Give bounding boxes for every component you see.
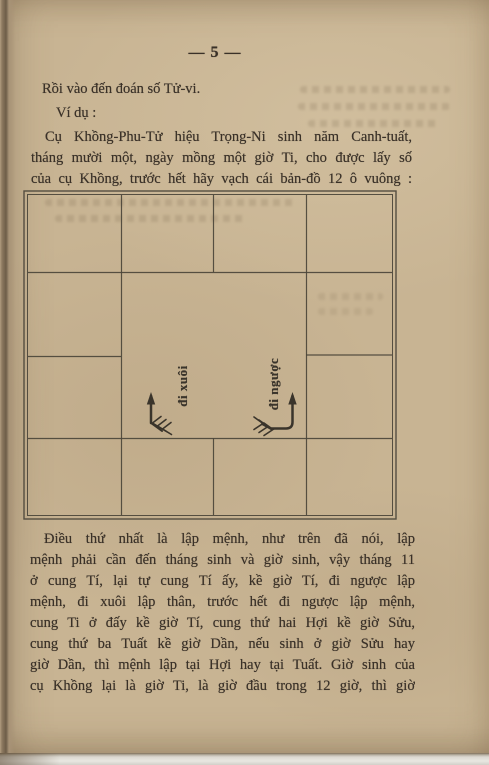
body-paragraph: Điều thứ nhất là lập mệnh, như trên đã n… bbox=[30, 529, 415, 697]
text-line: cung thứ ba Tuất kề giờ Dần, nếu sinh ở … bbox=[30, 634, 415, 655]
tuvi-12-cell-chart: đi xuôi đi ngược bbox=[23, 190, 397, 520]
bleedthrough-smudge bbox=[300, 86, 450, 93]
text-line: giờ Dần, thì mệnh lập tại Hợi hay tại Tu… bbox=[30, 655, 415, 676]
page-number: — 5 — bbox=[189, 44, 242, 62]
chart-grid bbox=[23, 190, 397, 520]
forward-direction-label: đi xuôi bbox=[175, 365, 191, 406]
intro-paragraph: Cụ Khồng-Phu-Tử hiệu Trọng-Ni sinh năm C… bbox=[31, 127, 412, 190]
forward-arrow-icon bbox=[147, 392, 172, 435]
text-line: cụ Khồng lại là giờ Ti, là giờ đầu trong… bbox=[30, 676, 415, 697]
text-line: Cụ Khồng-Phu-Tử hiệu Trọng-Ni sinh năm C… bbox=[31, 127, 412, 148]
text-line: mệnh, đi xuôi lập thân, trước hết đi ngư… bbox=[30, 592, 415, 613]
text-line: của cụ Khồng, trước hết hãy vạch cái bản… bbox=[31, 169, 412, 190]
text-line: ở cung Tí, lại tự cung Tí ấy, kề giờ Tí,… bbox=[30, 571, 415, 592]
text-line: cung Ti ở đấy kề giờ Tí, cung thứ hai Hợ… bbox=[30, 613, 415, 634]
book-page: — 5 — Rồi vào đến đoán số Tử-vi. Ví dụ :… bbox=[0, 0, 489, 765]
bleedthrough-smudge bbox=[298, 103, 450, 110]
bleedthrough-smudge bbox=[308, 120, 438, 127]
text-line: tháng mười một, ngày mồng một giờ Ti, ch… bbox=[31, 148, 412, 169]
text-line: Điều thứ nhất là lập mệnh, như trên đã n… bbox=[30, 529, 415, 550]
text-line: mệnh phải cần đến tháng sinh và giờ sinh… bbox=[30, 550, 415, 571]
backward-direction-label: đi ngược bbox=[266, 358, 282, 411]
page-bottom-edge bbox=[0, 753, 489, 765]
page-spine-edge bbox=[0, 0, 16, 753]
opening-line: Rồi vào đến đoán số Tử-vi. bbox=[42, 79, 200, 100]
example-label: Ví dụ : bbox=[56, 103, 96, 124]
